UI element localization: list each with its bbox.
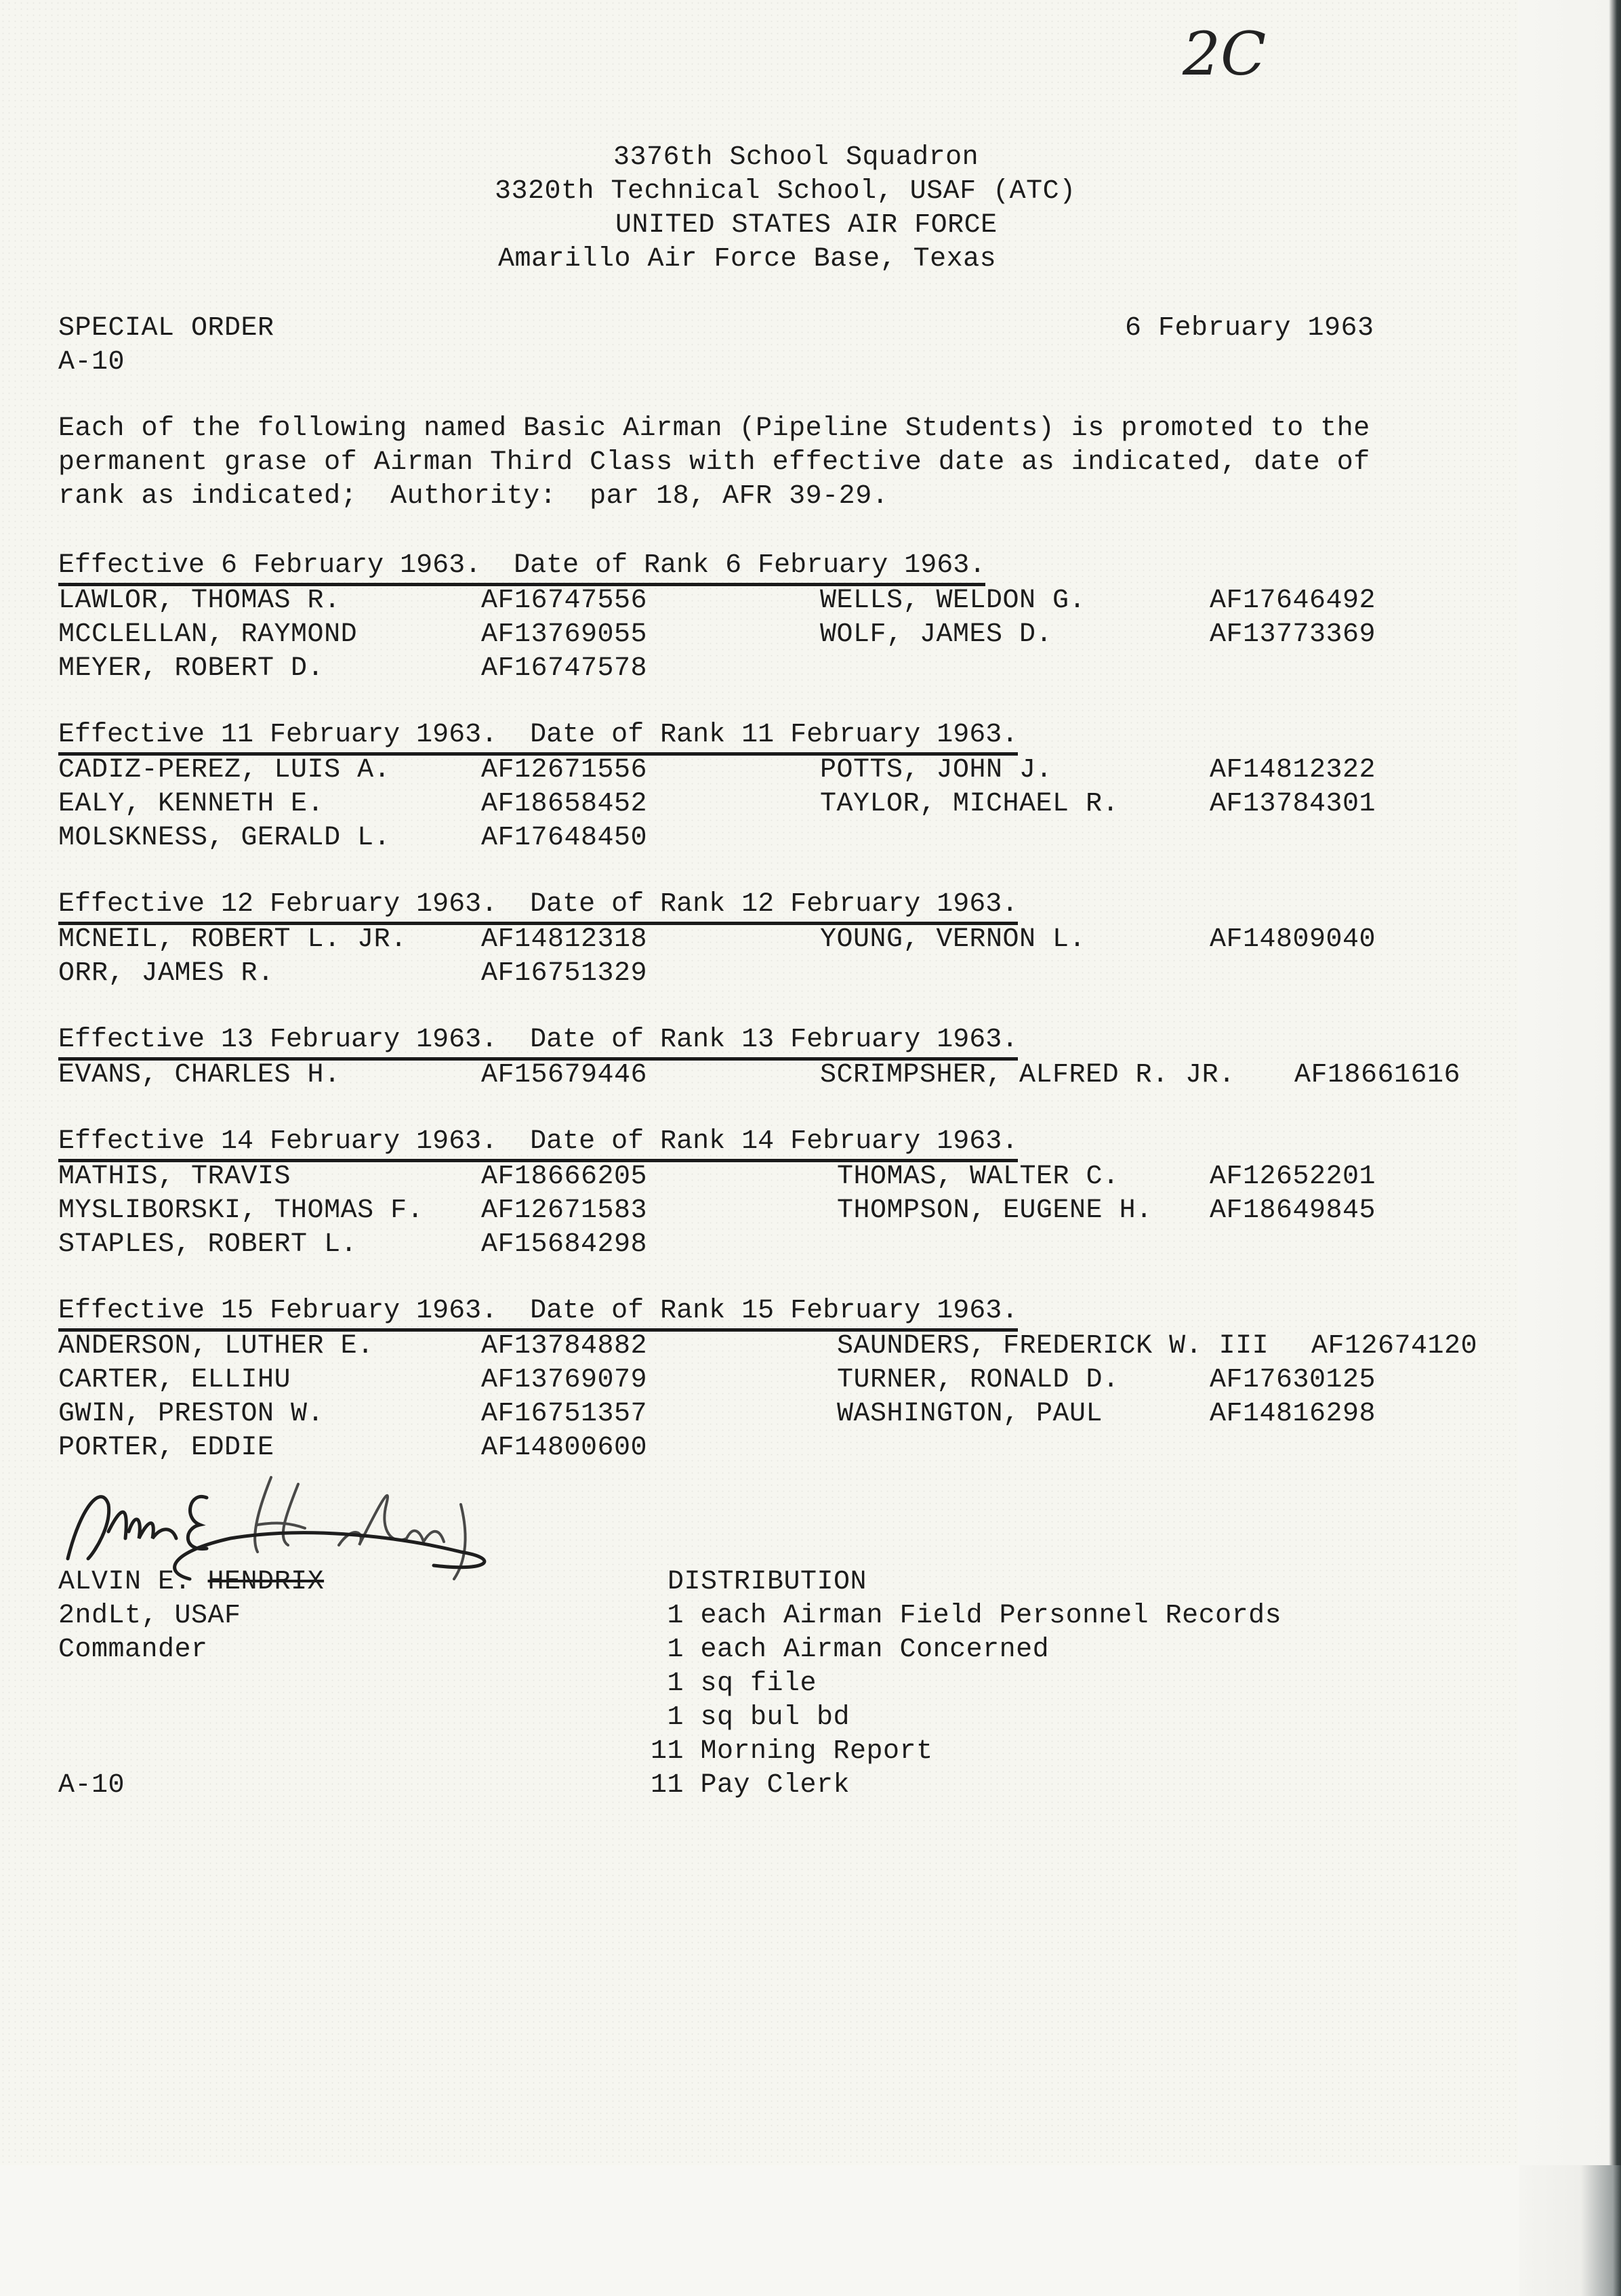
airman-serial: AF12674120 [1311, 1330, 1477, 1364]
airman-name: CADIZ-PEREZ, LUIS A. [58, 754, 390, 787]
distribution-item: 1 each Airman Field Personnel Records [651, 1599, 1281, 1633]
airman-name: YOUNG, VERNON L. [820, 923, 1086, 957]
airman-serial: AF13784301 [1210, 787, 1376, 821]
footer-order-number: A-10 [58, 1769, 125, 1803]
airman-serial: AF17630125 [1210, 1364, 1376, 1397]
airman-name: ORR, JAMES R. [58, 957, 274, 991]
airman-serial: AF16747578 [481, 652, 647, 686]
signer-title: Commander [58, 1633, 208, 1667]
airman-name: EVANS, CHARLES H. [58, 1059, 341, 1092]
airman-serial: AF13784882 [481, 1330, 647, 1364]
distribution-item: 11 Morning Report [651, 1735, 933, 1769]
airman-serial: AF14812318 [481, 923, 647, 957]
airman-serial: AF14800600 [481, 1431, 647, 1465]
under-page-edge [0, 2165, 1621, 2296]
section-title: Effective 11 February 1963. Date of Rank… [58, 718, 1018, 756]
airman-serial: AF14812322 [1210, 754, 1376, 787]
section-title: Effective 12 February 1963. Date of Rank… [58, 888, 1018, 925]
airman-serial: AF13769079 [481, 1364, 647, 1397]
order-date: 6 February 1963 [1125, 312, 1374, 346]
airman-serial: AF13773369 [1210, 618, 1376, 652]
distribution-item: 1 each Airman Concerned [651, 1633, 1049, 1667]
airman-name: PORTER, EDDIE [58, 1431, 274, 1465]
airman-name: WOLF, JAMES D. [820, 618, 1052, 652]
letterhead-line-3: UNITED STATES AIR FORCE [615, 209, 998, 243]
airman-serial: AF16747556 [481, 584, 647, 618]
airman-serial: AF16751357 [481, 1397, 647, 1431]
airman-name: MATHIS, TRAVIS [58, 1160, 291, 1194]
letterhead-line-2: 3320th Technical School, USAF (ATC) [495, 175, 1076, 209]
airman-serial: AF13769055 [481, 618, 647, 652]
body-line-3: rank as indicated; Authority: par 18, AF… [58, 480, 888, 514]
distribution-item: 11 Pay Clerk [651, 1769, 850, 1803]
airman-name: WELLS, WELDON G. [820, 584, 1086, 618]
handwritten-annotation: 2C [1183, 19, 1266, 89]
airman-serial: AF18666205 [481, 1160, 647, 1194]
airman-serial: AF14816298 [1210, 1397, 1376, 1431]
airman-serial: AF15684298 [481, 1228, 647, 1262]
order-number: A-10 [58, 346, 125, 380]
body-line-2: permanent grase of Airman Third Class wi… [58, 446, 1370, 480]
airman-serial: AF14809040 [1210, 923, 1376, 957]
airman-name: TURNER, RONALD D. [837, 1364, 1120, 1397]
airman-name: TAYLOR, MICHAEL R. [820, 787, 1119, 821]
letterhead-line-1: 3376th School Squadron [613, 141, 979, 175]
airman-name: CARTER, ELLIHU [58, 1364, 291, 1397]
airman-serial: AF18649845 [1210, 1194, 1376, 1228]
airman-serial: AF18661616 [1294, 1059, 1460, 1092]
airman-name: MCNEIL, ROBERT L. JR. [58, 923, 407, 957]
airman-name: ANDERSON, LUTHER E. [58, 1330, 374, 1364]
airman-name: MYSLIBORSKI, THOMAS F. [58, 1194, 424, 1228]
airman-name: POTTS, JOHN J. [820, 754, 1052, 787]
order-type: SPECIAL ORDER [58, 312, 274, 346]
body-line-1: Each of the following named Basic Airman… [58, 412, 1370, 446]
airman-name: SAUNDERS, FREDERICK W. III [837, 1330, 1269, 1364]
airman-name: MOLSKNESS, GERALD L. [58, 821, 390, 855]
signer-last-name: HENDRIX [208, 1567, 325, 1597]
distribution-heading: DISTRIBUTION [668, 1565, 867, 1599]
airman-serial: AF16751329 [481, 957, 647, 991]
airman-name: SCRIMPSHER, ALFRED R. JR. [820, 1059, 1235, 1092]
airman-name: WASHINGTON, PAUL [837, 1397, 1103, 1431]
section-title: Effective 6 February 1963. Date of Rank … [58, 549, 985, 586]
letterhead-line-4: Amarillo Air Force Base, Texas [498, 243, 996, 276]
airman-serial: AF15679446 [481, 1059, 647, 1092]
scanner-edge-upper [1519, 0, 1621, 2165]
distribution-item: 1 sq file [651, 1667, 817, 1701]
airman-name: GWIN, PRESTON W. [58, 1397, 324, 1431]
airman-name: THOMAS, WALTER C. [837, 1160, 1120, 1194]
airman-serial: AF12652201 [1210, 1160, 1376, 1194]
airman-name: STAPLES, ROBERT L. [58, 1228, 357, 1262]
airman-name: MCCLELLAN, RAYMOND [58, 618, 357, 652]
airman-name: THOMPSON, EUGENE H. [837, 1194, 1153, 1228]
airman-name: EALY, KENNETH E. [58, 787, 324, 821]
section-title: Effective 15 February 1963. Date of Rank… [58, 1294, 1018, 1332]
distribution-item: 1 sq bul bd [651, 1701, 850, 1735]
airman-name: LAWLOR, THOMAS R. [58, 584, 341, 618]
airman-name: MEYER, ROBERT D. [58, 652, 324, 686]
airman-serial: AF12671583 [481, 1194, 647, 1228]
section-title: Effective 14 February 1963. Date of Rank… [58, 1125, 1018, 1162]
signer-rank: 2ndLt, USAF [58, 1599, 241, 1633]
section-title: Effective 13 February 1963. Date of Rank… [58, 1023, 1018, 1061]
airman-serial: AF17646492 [1210, 584, 1376, 618]
airman-serial: AF17648450 [481, 821, 647, 855]
signer-first-name: ALVIN E. [58, 1567, 208, 1597]
airman-serial: AF12671556 [481, 754, 647, 787]
airman-serial: AF18658452 [481, 787, 647, 821]
signer-name: ALVIN E. HENDRIX [58, 1565, 324, 1599]
